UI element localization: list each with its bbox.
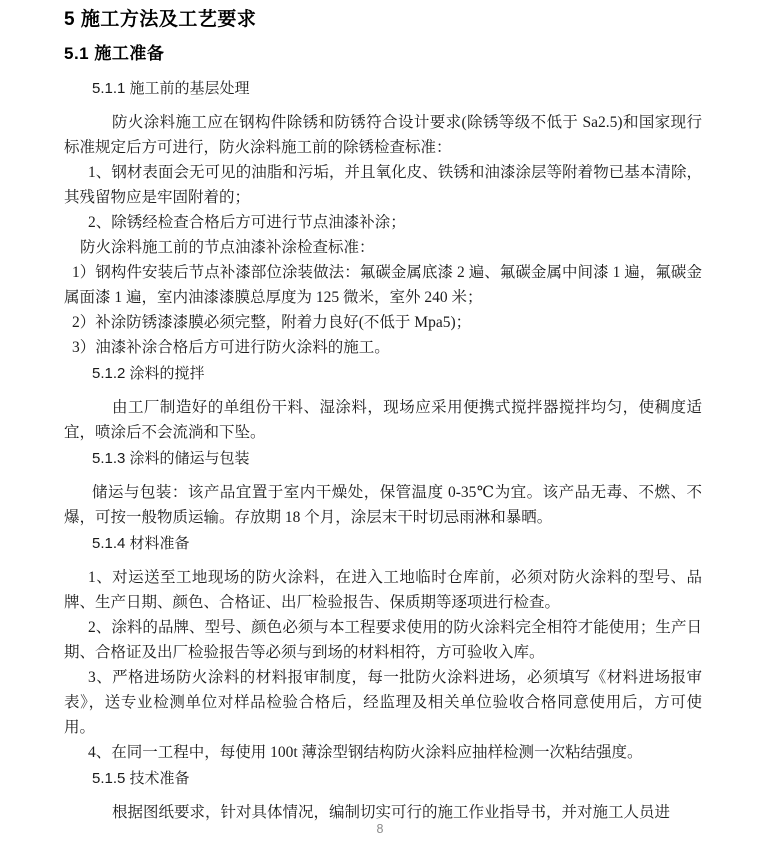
paragraph: 1、对运送至工地现场的防火涂料，在进入工地临时仓库前，必须对防火涂料的型号、品牌… (64, 565, 702, 615)
subsection-heading-5-1-5: 5.1.5 技术准备 (92, 769, 702, 789)
page-number: 8 (0, 822, 760, 836)
subsection-heading-5-1-4: 5.1.4 材料准备 (92, 534, 702, 554)
paragraph: 2、涂料的品牌、型号、颜色必须与本工程要求使用的防火涂料完全相符才能使用；生产日… (64, 615, 702, 665)
paragraph: 4、在同一工程中，每使用 100t 薄涂型钢结构防火涂料应抽样检测一次粘结强度。 (64, 740, 702, 765)
section-heading: 5.1 施工准备 (64, 42, 702, 65)
subsection-heading-5-1-2: 5.1.2 涂料的搅拌 (92, 364, 702, 384)
paragraph: 3、严格进场防火涂料的材料报审制度，每一批防火涂料进场，必须填写《材料进场报审表… (64, 665, 702, 740)
paragraph: 1、钢材表面会无可见的油脂和污垢，并且氧化皮、铁锈和油漆涂层等附着物已基本清除，… (64, 160, 702, 210)
paragraph: 储运与包装：该产品宜置于室内干燥处，保管温度 0-35℃为宜。该产品无毒、不燃、… (64, 480, 702, 530)
paragraph: 2、除锈经检查合格后方可进行节点油漆补涂； (64, 210, 702, 235)
paragraph: 防火涂料施工应在钢构件除锈和防锈符合设计要求(除锈等级不低于 Sa2.5)和国家… (64, 110, 702, 160)
document-title: 5 施工方法及工艺要求 (64, 8, 702, 32)
paragraph: 1）钢构件安装后节点补漆部位涂装做法：氟碳金属底漆 2 遍、氟碳金属中间漆 1 … (64, 260, 702, 310)
paragraph: 由工厂制造好的单组份干料、湿涂料，现场应采用便携式搅拌器搅拌均匀，使稠度适宜，喷… (64, 395, 702, 445)
paragraph: 防火涂料施工前的节点油漆补涂检查标准： (64, 235, 702, 260)
subsection-heading-5-1-3: 5.1.3 涂料的储运与包装 (92, 449, 702, 469)
document-page: 5 施工方法及工艺要求 5.1 施工准备 5.1.1 施工前的基层处理 防火涂料… (0, 0, 760, 825)
paragraph: 3）油漆补涂合格后方可进行防火涂料的施工。 (64, 335, 702, 360)
paragraph: 2）补涂防锈漆漆膜必须完整，附着力良好(不低于 Mpa5)； (64, 310, 702, 335)
subsection-heading-5-1-1: 5.1.1 施工前的基层处理 (92, 79, 702, 99)
